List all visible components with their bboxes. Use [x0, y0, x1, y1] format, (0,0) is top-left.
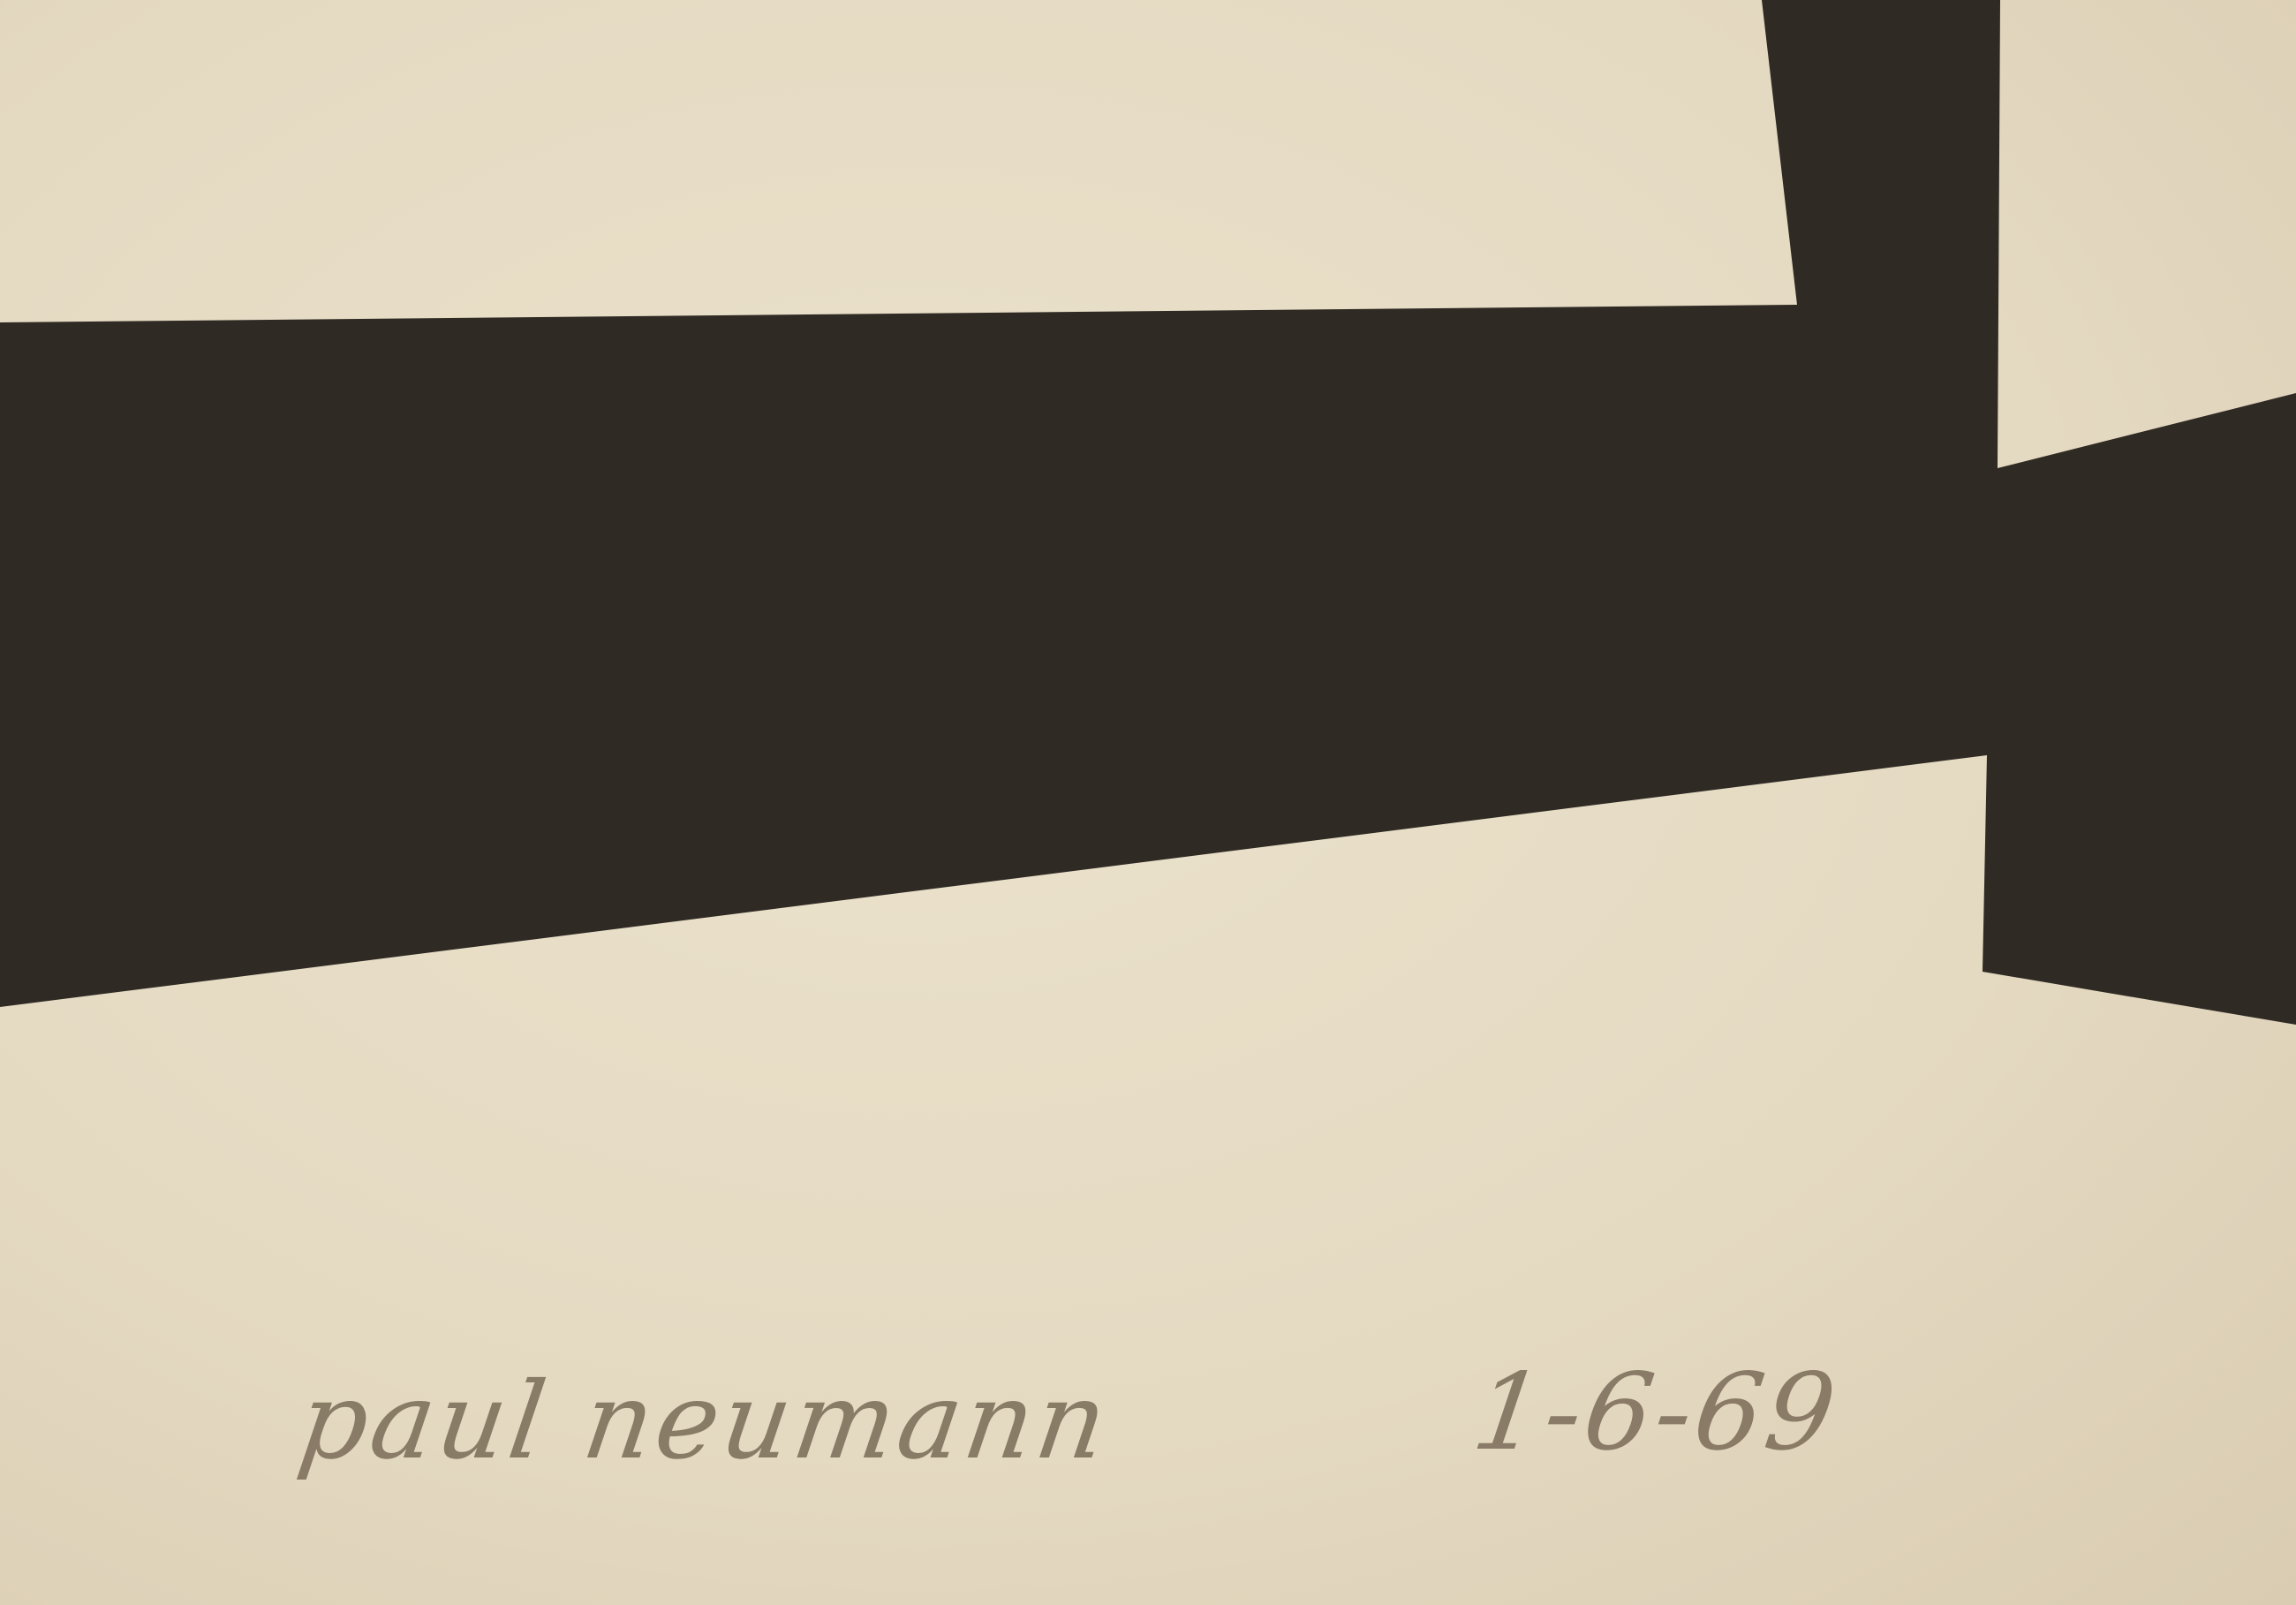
signature-name: paul neumann [291, 1360, 1117, 1483]
artwork-photo: paul neumann 1-6-69 [0, 0, 2296, 1605]
signature-date: 1-6-69 [1466, 1351, 1846, 1474]
